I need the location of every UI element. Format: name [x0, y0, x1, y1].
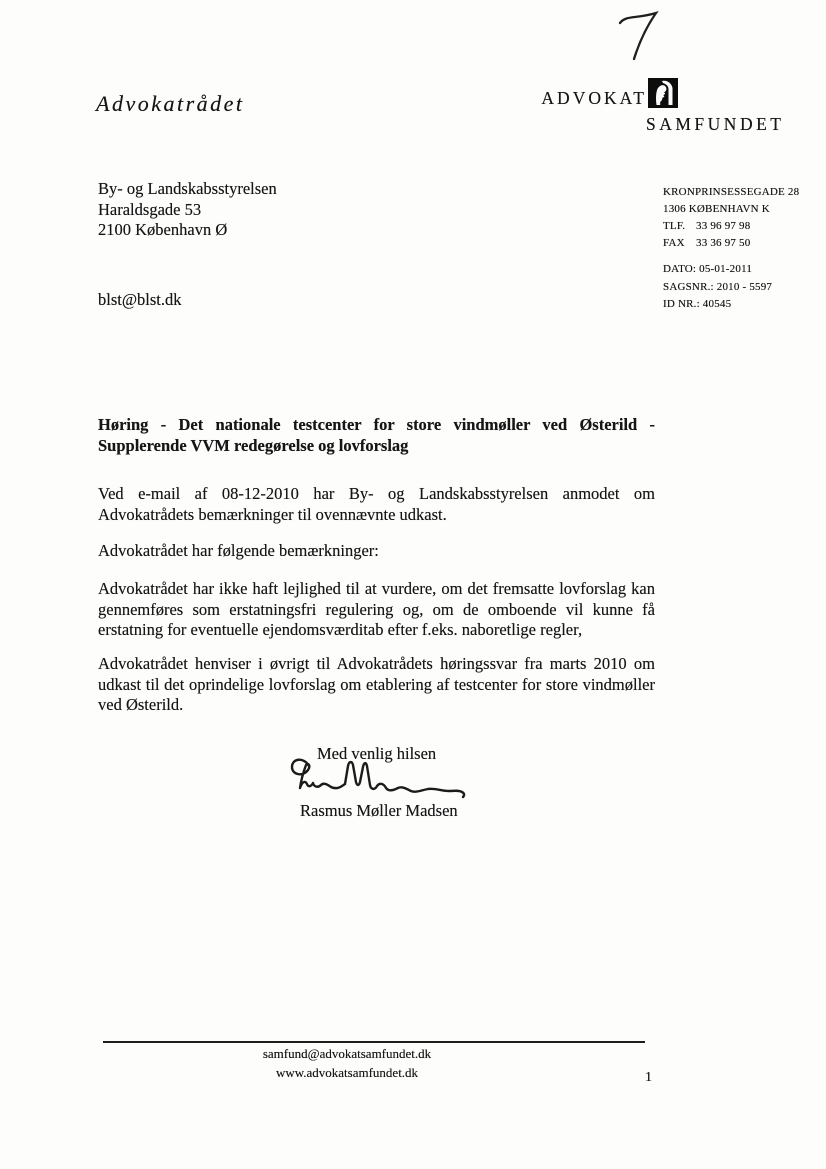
sender-fax-row: FAX33 36 97 50: [663, 235, 799, 252]
phone-label: TLF.: [663, 218, 696, 235]
paragraph: Advokatrådet henviser i øvrigt til Advok…: [98, 654, 655, 716]
recipient-email: blst@blst.dk: [98, 290, 182, 310]
sender-street: KRONPRINSESSEGADE 28: [663, 184, 799, 201]
footer-website: www.advokatsamfundet.dk: [103, 1064, 591, 1083]
case-reference-block: DATO: 05-01-2011 SAGSNR.: 2010 - 5597 ID…: [663, 261, 772, 314]
id-number-line: ID NR.: 40545: [663, 296, 772, 314]
paragraph-line: ved Østerild.: [98, 695, 655, 716]
fax-label: FAX: [663, 235, 696, 252]
footer-divider: [103, 1041, 645, 1043]
sender-city: 1306 KØBENHAVN K: [663, 201, 799, 218]
paragraph-line: Advokatrådet har følgende bemærkninger:: [98, 541, 655, 562]
paragraph-line: Advokatrådet har ikke haft lejlighed til…: [98, 579, 655, 600]
brand-word-samfundet: SAMFUNDET: [646, 114, 784, 135]
paragraph-line: erstatning for eventuelle ejendomsværdit…: [98, 620, 655, 641]
recipient-line: 2100 København Ø: [98, 220, 277, 241]
signer-name: Rasmus Møller Madsen: [300, 801, 458, 821]
recipient-line: Haraldsgade 53: [98, 200, 277, 221]
paragraph-line: Ved e-mail af 08-12-2010 har By- og Land…: [98, 484, 655, 505]
footer-email: samfund@advokatsamfundet.dk: [103, 1045, 591, 1064]
phone-number: 33 96 97 98: [696, 220, 750, 232]
paragraph-line: Advokatrådets bemærkninger til ovennævnt…: [98, 505, 655, 526]
paragraph: Advokatrådet har ikke haft lejlighed til…: [98, 579, 655, 641]
paragraph: Ved e-mail af 08-12-2010 har By- og Land…: [98, 484, 655, 525]
recipient-address-block: By- og Landskabsstyrelsen Haraldsgade 53…: [98, 179, 277, 241]
sender-name: Advokatrådet: [96, 91, 245, 117]
date-line: DATO: 05-01-2011: [663, 261, 772, 279]
handwritten-seven-icon: [616, 10, 662, 62]
paragraph-line: udkast til det oprindelige lovforslag om…: [98, 675, 655, 696]
scanned-letter-page: Advokatrådet ADVOKAT SAMFUNDET By- og La…: [0, 0, 826, 1169]
athena-helmet-emblem-icon: [648, 78, 678, 108]
fax-number: 33 36 97 50: [696, 237, 750, 249]
subject-heading: Høring - Det nationale testcenter for st…: [98, 415, 655, 456]
sender-phone-row: TLF.33 96 97 98: [663, 218, 799, 235]
subject-line: Supplerende VVM redegørelse og lovforsla…: [98, 436, 655, 457]
footer-contact-block: samfund@advokatsamfundet.dk www.advokats…: [103, 1045, 591, 1082]
paragraph-line: gennemføres som erstatningsfri regulerin…: [98, 600, 655, 621]
recipient-line: By- og Landskabsstyrelsen: [98, 179, 277, 200]
handwritten-signature-icon: [288, 756, 468, 804]
sender-contact-block: KRONPRINSESSEGADE 28 1306 KØBENHAVN K TL…: [663, 184, 799, 252]
page-number: 1: [645, 1070, 652, 1086]
brand-word-advokat: ADVOKAT: [440, 88, 647, 109]
paragraph: Advokatrådet har følgende bemærkninger:: [98, 541, 655, 562]
subject-line: Høring - Det nationale testcenter for st…: [98, 415, 655, 436]
case-number-line: SAGSNR.: 2010 - 5597: [663, 279, 772, 297]
paragraph-line: Advokatrådet henviser i øvrigt til Advok…: [98, 654, 655, 675]
